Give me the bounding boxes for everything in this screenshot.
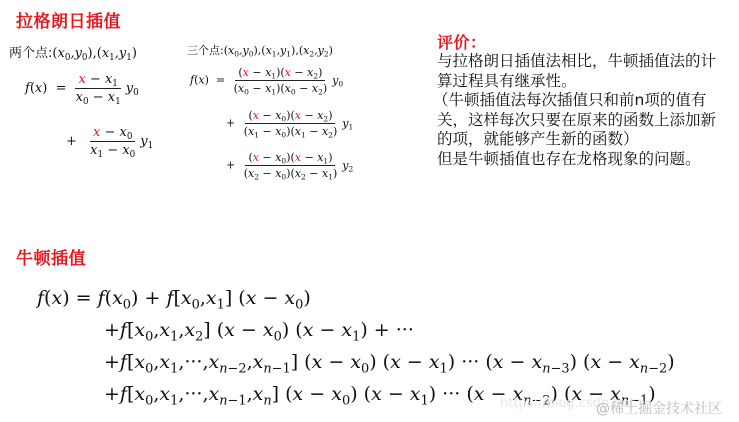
- fraction-term-y2: (x − x0)(x − x1) (x2 − x0)(x2 − x1): [241, 151, 341, 180]
- equals-sign: =: [56, 81, 67, 96]
- fraction-term-y0: x − x1 x0 − x1: [73, 72, 124, 105]
- three-points-formula-line-2: + (x − x0)(x − x2) (x1 − x0)(x1 − x2) y1: [226, 109, 353, 138]
- evaluation-line-1: 与拉格朗日插值法相比，牛顿插值法的计算过程具有继承性。: [437, 52, 727, 91]
- plus-sign: +: [226, 159, 235, 172]
- lagrange-heading: 拉格朗日插值: [16, 7, 121, 32]
- evaluation-heading: 评价：: [437, 30, 487, 53]
- plus-sign: +: [66, 134, 77, 149]
- newton-formula-line-2: +f[x0,x1,x2] (x − x0) (x − x1) + ···: [104, 319, 414, 341]
- newton-formula-line-1: f(x) = f(x0) + f[x0,x1] (x − x0): [37, 287, 311, 309]
- two-points-formula-line-2: + x − x0 x1 − x0 y1: [66, 125, 153, 158]
- plus-sign: +: [226, 117, 235, 130]
- evaluation-line-2: （牛顿插值法每次插值只和前n项的值有关，这样每次只要在原来的函数上添加新的项，就…: [437, 91, 727, 150]
- three-points-formula-line-1: f(x) = (x − x1)(x − x2) (x0 − x1)(x0 − x…: [190, 66, 343, 95]
- two-points-label: 两个点:(x0,y0),(x1,y1): [9, 42, 137, 61]
- newton-formula-line-3: +f[x0,x1,···,xn−2,xn−1] (x − x0) (x − x1…: [104, 351, 675, 373]
- evaluation-text: 与拉格朗日插值法相比，牛顿插值法的计算过程具有继承性。 （牛顿插值法每次插值只和…: [437, 52, 727, 169]
- equals-sign: =: [216, 74, 225, 87]
- three-points-label-text: 三个点:: [187, 44, 224, 57]
- two-points-formula-line-1: f(x) = x − x1 x0 − x1 y0: [25, 72, 139, 105]
- evaluation-line-3: 但是牛顿插值也存在龙格现象的问题。: [437, 150, 727, 170]
- fraction-term-y0: (x − x1)(x − x2) (x0 − x1)(x0 − x2): [231, 66, 331, 95]
- two-points-label-text: 两个点:: [9, 46, 52, 61]
- fraction-term-y1: (x − x0)(x − x2) (x1 − x0)(x1 − x2): [241, 109, 341, 138]
- three-points-formula-line-3: + (x − x0)(x − x1) (x2 − x0)(x2 − x1) y2: [226, 151, 353, 180]
- watermark-text: @稀土掘金技术社区: [596, 398, 722, 418]
- three-points-label: 三个点:(x0,y0),(x1,y1),(x2,y2): [187, 42, 333, 58]
- fraction-term-y1: x − x0 x1 − x0: [87, 125, 138, 158]
- newton-heading: 牛顿插值: [16, 244, 86, 269]
